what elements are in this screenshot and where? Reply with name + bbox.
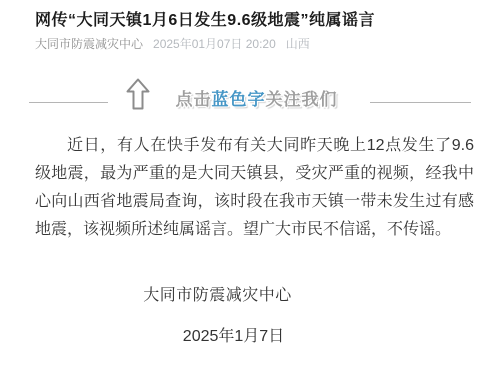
publish-datetime: 2025年01月07日 20:20 — [153, 37, 276, 52]
up-arrow-icon — [126, 78, 150, 110]
banner-text-suffix: 关注我们 — [266, 90, 338, 109]
divider-line-left — [29, 102, 108, 103]
divider-line-right — [370, 102, 471, 103]
signature-org: 大同市防震减灾中心 — [0, 288, 467, 304]
article-meta: 大同市防震减灾中心 2025年01月07日 20:20 山西 — [35, 37, 464, 52]
article-page: 网传“大同天镇1月6日发生9.6级地震”纯属谣言 大同市防震减灾中心 2025年… — [0, 0, 499, 365]
banner-text-highlight[interactable]: 蓝色字 — [212, 90, 266, 109]
signature-date: 2025年1月7日 — [0, 328, 483, 345]
follow-banner-text[interactable]: 点击蓝色字关注我们 — [176, 90, 338, 109]
article-title: 网传“大同天镇1月6日发生9.6级地震”纯属谣言 — [35, 10, 464, 31]
follow-banner[interactable]: 点击蓝色字关注我们 — [0, 73, 499, 110]
account-name-link[interactable]: 大同市防震减灾中心 — [35, 37, 143, 52]
publish-location: 山西 — [286, 37, 310, 52]
article-paragraph: 近日，有人在快手发布有关大同昨天晚上12点发生了9.6级地震，最为严重的是大同天… — [35, 132, 474, 244]
banner-text-prefix: 点击 — [176, 90, 212, 109]
